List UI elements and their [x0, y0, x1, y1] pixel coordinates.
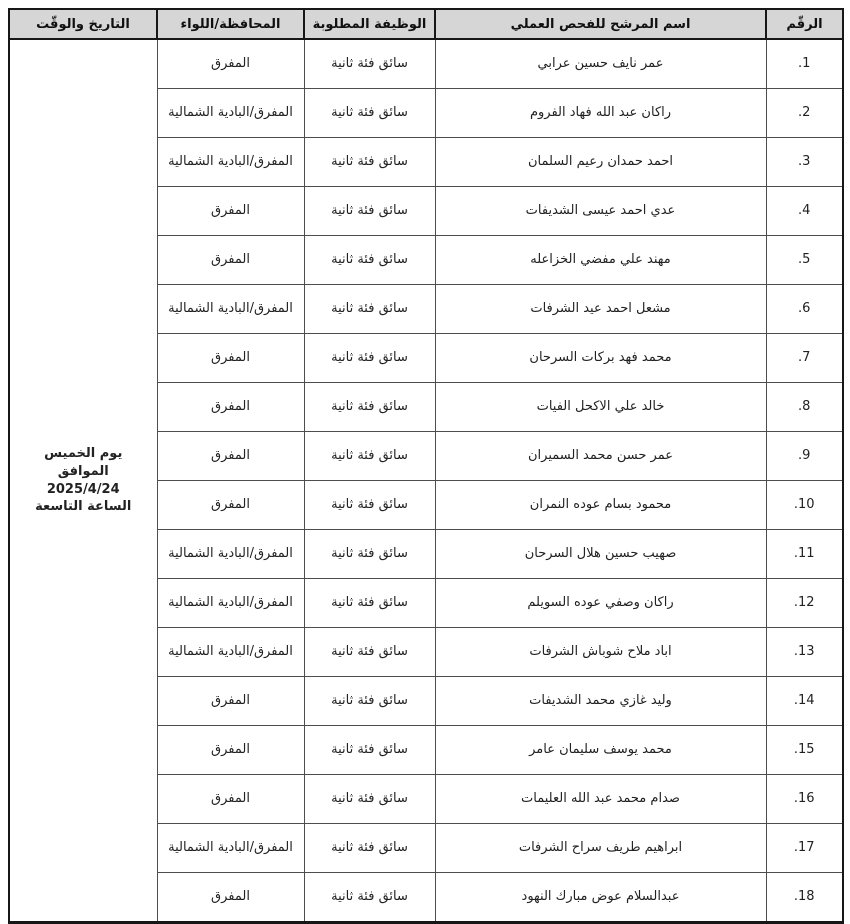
cell-job: سائق فئة ثانية: [304, 187, 435, 236]
col-header-candidate-name: اسم المرشح للفحص العملي: [435, 9, 766, 39]
cell-job: سائق فئة ثانية: [304, 677, 435, 726]
document-page: الرقّم اسم المرشح للفحص العملي الوظيفة ا…: [0, 0, 850, 872]
cell-candidate-name: عبدالسلام عوض مبارك النهود: [435, 873, 766, 923]
cell-governorate: المفرق: [157, 334, 304, 383]
cell-job: سائق فئة ثانية: [304, 579, 435, 628]
cell-governorate: المفرق/البادية الشمالية: [157, 628, 304, 677]
col-header-governorate: المحافظة/اللواء: [157, 9, 304, 39]
cell-governorate: المفرق: [157, 187, 304, 236]
date-line: يوم الخميس: [16, 445, 151, 463]
cell-candidate-name: مهند علي مفضي الخزاعله: [435, 236, 766, 285]
cell-candidate-name: عمر نايف حسين عرابي: [435, 39, 766, 89]
cell-governorate: المفرق/البادية الشمالية: [157, 530, 304, 579]
cell-number: .11: [766, 530, 843, 579]
cell-governorate: المفرق: [157, 873, 304, 923]
candidates-table: الرقّم اسم المرشح للفحص العملي الوظيفة ا…: [8, 8, 844, 924]
cell-job: سائق فئة ثانية: [304, 432, 435, 481]
cell-number: .6: [766, 285, 843, 334]
cell-job: سائق فئة ثانية: [304, 628, 435, 677]
cell-governorate: المفرق: [157, 236, 304, 285]
cell-number: .7: [766, 334, 843, 383]
cell-job: سائق فئة ثانية: [304, 824, 435, 873]
cell-job: سائق فئة ثانية: [304, 236, 435, 285]
date-line: الساعة التاسعة: [16, 498, 151, 516]
cell-governorate: المفرق: [157, 481, 304, 530]
cell-job: سائق فئة ثانية: [304, 285, 435, 334]
cell-candidate-name: راكان وصفي عوده السويلم: [435, 579, 766, 628]
cell-governorate: المفرق: [157, 726, 304, 775]
cell-number: .12: [766, 579, 843, 628]
cell-number: .9: [766, 432, 843, 481]
cell-number: .2: [766, 89, 843, 138]
cell-governorate: المفرق/البادية الشمالية: [157, 89, 304, 138]
cell-number: .18: [766, 873, 843, 923]
cell-number: .14: [766, 677, 843, 726]
cell-job: سائق فئة ثانية: [304, 39, 435, 89]
cell-number: .1: [766, 39, 843, 89]
cell-job: سائق فئة ثانية: [304, 138, 435, 187]
cell-number: .16: [766, 775, 843, 824]
cell-job: سائق فئة ثانية: [304, 530, 435, 579]
cell-governorate: المفرق: [157, 432, 304, 481]
cell-candidate-name: محمد فهد بركات السرحان: [435, 334, 766, 383]
col-header-job: الوظيفة المطلوبة: [304, 9, 435, 39]
cell-governorate: المفرق/البادية الشمالية: [157, 285, 304, 334]
cell-candidate-name: احمد حمدان رعيم السلمان: [435, 138, 766, 187]
cell-governorate: المفرق/البادية الشمالية: [157, 579, 304, 628]
cell-candidate-name: محمود بسام عوده النمران: [435, 481, 766, 530]
cell-governorate: المفرق: [157, 383, 304, 432]
cell-governorate: المفرق: [157, 677, 304, 726]
cell-job: سائق فئة ثانية: [304, 383, 435, 432]
cell-number: .8: [766, 383, 843, 432]
date-time-cell: يوم الخميس الموافق 2025/4/24 الساعة التا…: [9, 39, 157, 923]
cell-candidate-name: صدام محمد عبد الله العليمات: [435, 775, 766, 824]
cell-number: .10: [766, 481, 843, 530]
date-line: 2025/4/24: [16, 481, 151, 499]
cell-number: .13: [766, 628, 843, 677]
cell-number: .5: [766, 236, 843, 285]
cell-number: .15: [766, 726, 843, 775]
cell-number: .4: [766, 187, 843, 236]
cell-candidate-name: ابراهيم طريف سراح الشرفات: [435, 824, 766, 873]
cell-governorate: المفرق: [157, 39, 304, 89]
cell-candidate-name: مشعل احمد عيد الشرفات: [435, 285, 766, 334]
cell-candidate-name: راكان عبد الله فهاد الفروم: [435, 89, 766, 138]
cell-number: .17: [766, 824, 843, 873]
cell-job: سائق فئة ثانية: [304, 481, 435, 530]
cell-candidate-name: عمر حسن محمد السميران: [435, 432, 766, 481]
cell-candidate-name: اباد ملاح شوباش الشرفات: [435, 628, 766, 677]
col-header-datetime: التاريخ والوقّت: [9, 9, 157, 39]
cell-job: سائق فئة ثانية: [304, 775, 435, 824]
date-line: الموافق: [16, 463, 151, 481]
cell-candidate-name: عدي احمد عيسى الشديفات: [435, 187, 766, 236]
cell-governorate: المفرق/البادية الشمالية: [157, 138, 304, 187]
header-row: الرقّم اسم المرشح للفحص العملي الوظيفة ا…: [9, 9, 843, 39]
cell-job: سائق فئة ثانية: [304, 89, 435, 138]
table-row: .1 عمر نايف حسين عرابي سائق فئة ثانية ال…: [9, 39, 843, 89]
col-header-number: الرقّم: [766, 9, 843, 39]
cell-job: سائق فئة ثانية: [304, 334, 435, 383]
cell-governorate: المفرق/البادية الشمالية: [157, 824, 304, 873]
cell-candidate-name: محمد يوسف سليمان عامر: [435, 726, 766, 775]
cell-governorate: المفرق: [157, 775, 304, 824]
cell-candidate-name: خالد علي الاكحل الفيات: [435, 383, 766, 432]
cell-candidate-name: وليد غازي محمد الشديفات: [435, 677, 766, 726]
cell-candidate-name: صهيب حسين هلال السرحان: [435, 530, 766, 579]
cell-number: .3: [766, 138, 843, 187]
cell-job: سائق فئة ثانية: [304, 873, 435, 923]
cell-job: سائق فئة ثانية: [304, 726, 435, 775]
